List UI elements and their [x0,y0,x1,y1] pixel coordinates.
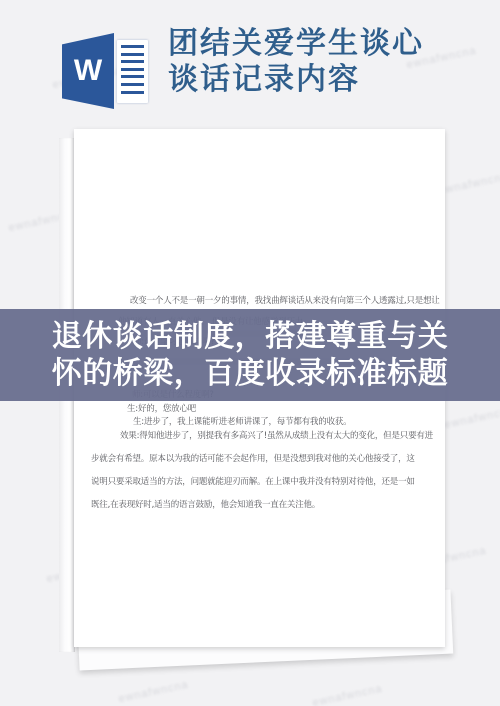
doc-dialogue-line: 生:进步了，我上课能听进老师讲课了，每节都有我的收获。 [133,417,351,428]
headline-line2: 怀的桥梁，百度收录标准标题 [52,355,449,392]
doc-preview-image: ewnafwncna ewnafwncna ewnafwncna ewnafwn… [0,0,500,706]
watermark: ewnafwncna [312,683,384,706]
doc-line-icon [121,91,144,94]
doc-line-icon [121,45,144,48]
doc-dialogue-line: 生:好的，您放心吧 [127,404,196,415]
page-title-line1: 团结关爱学生谈心 [168,26,458,62]
doc-line-icon [121,53,144,56]
doc-line-icon [121,60,144,63]
doc-paragraph-line: 说明只要采取适当的方法，问题就能迎刃而解。在上课中我并没有特别对待他，还是一如 [91,477,415,488]
doc-line-icon [121,75,144,78]
watermark: ewnafwncna [438,171,500,198]
doc-paragraph-line: 步就会有希望。原本以为我的话可能不会起作用，但是没想到我对他的关心他接受了，这 [91,454,415,465]
word-flag-shape: W [62,33,114,109]
word-letter: W [74,56,102,86]
doc-line-icon [121,68,144,71]
doc-paragraph-line: 既往,在表现好时,适当的语言鼓励，他会知道我一直在关注他。 [91,500,320,511]
doc-paragraph-line: 改变一个人不是一朝一夕的事情，我找曲辉谈话从来没有向第三个人透露过,只是想让 [130,296,440,307]
page-title: 团结关爱学生谈心 谈话记录内容 [168,26,458,98]
watermark: ewnafwncna [118,679,190,706]
headline-line1: 退休谈话制度，搭建尊重与关 [52,318,449,355]
headline-banner: 退休谈话制度，搭建尊重与关 怀的桥梁，百度收录标准标题 [0,309,500,401]
doc-paragraph-line: 效果:得知他进步了，别提我有多高兴了!虽然从成绩上没有太大的变化，但是只要有进 [120,431,433,442]
doc-line-icon [121,83,144,86]
word-document-glyph [117,40,148,103]
word-icon: W [62,33,150,109]
watermark: ewnafwncna [444,405,500,432]
page-title-line2: 谈话记录内容 [168,62,458,98]
